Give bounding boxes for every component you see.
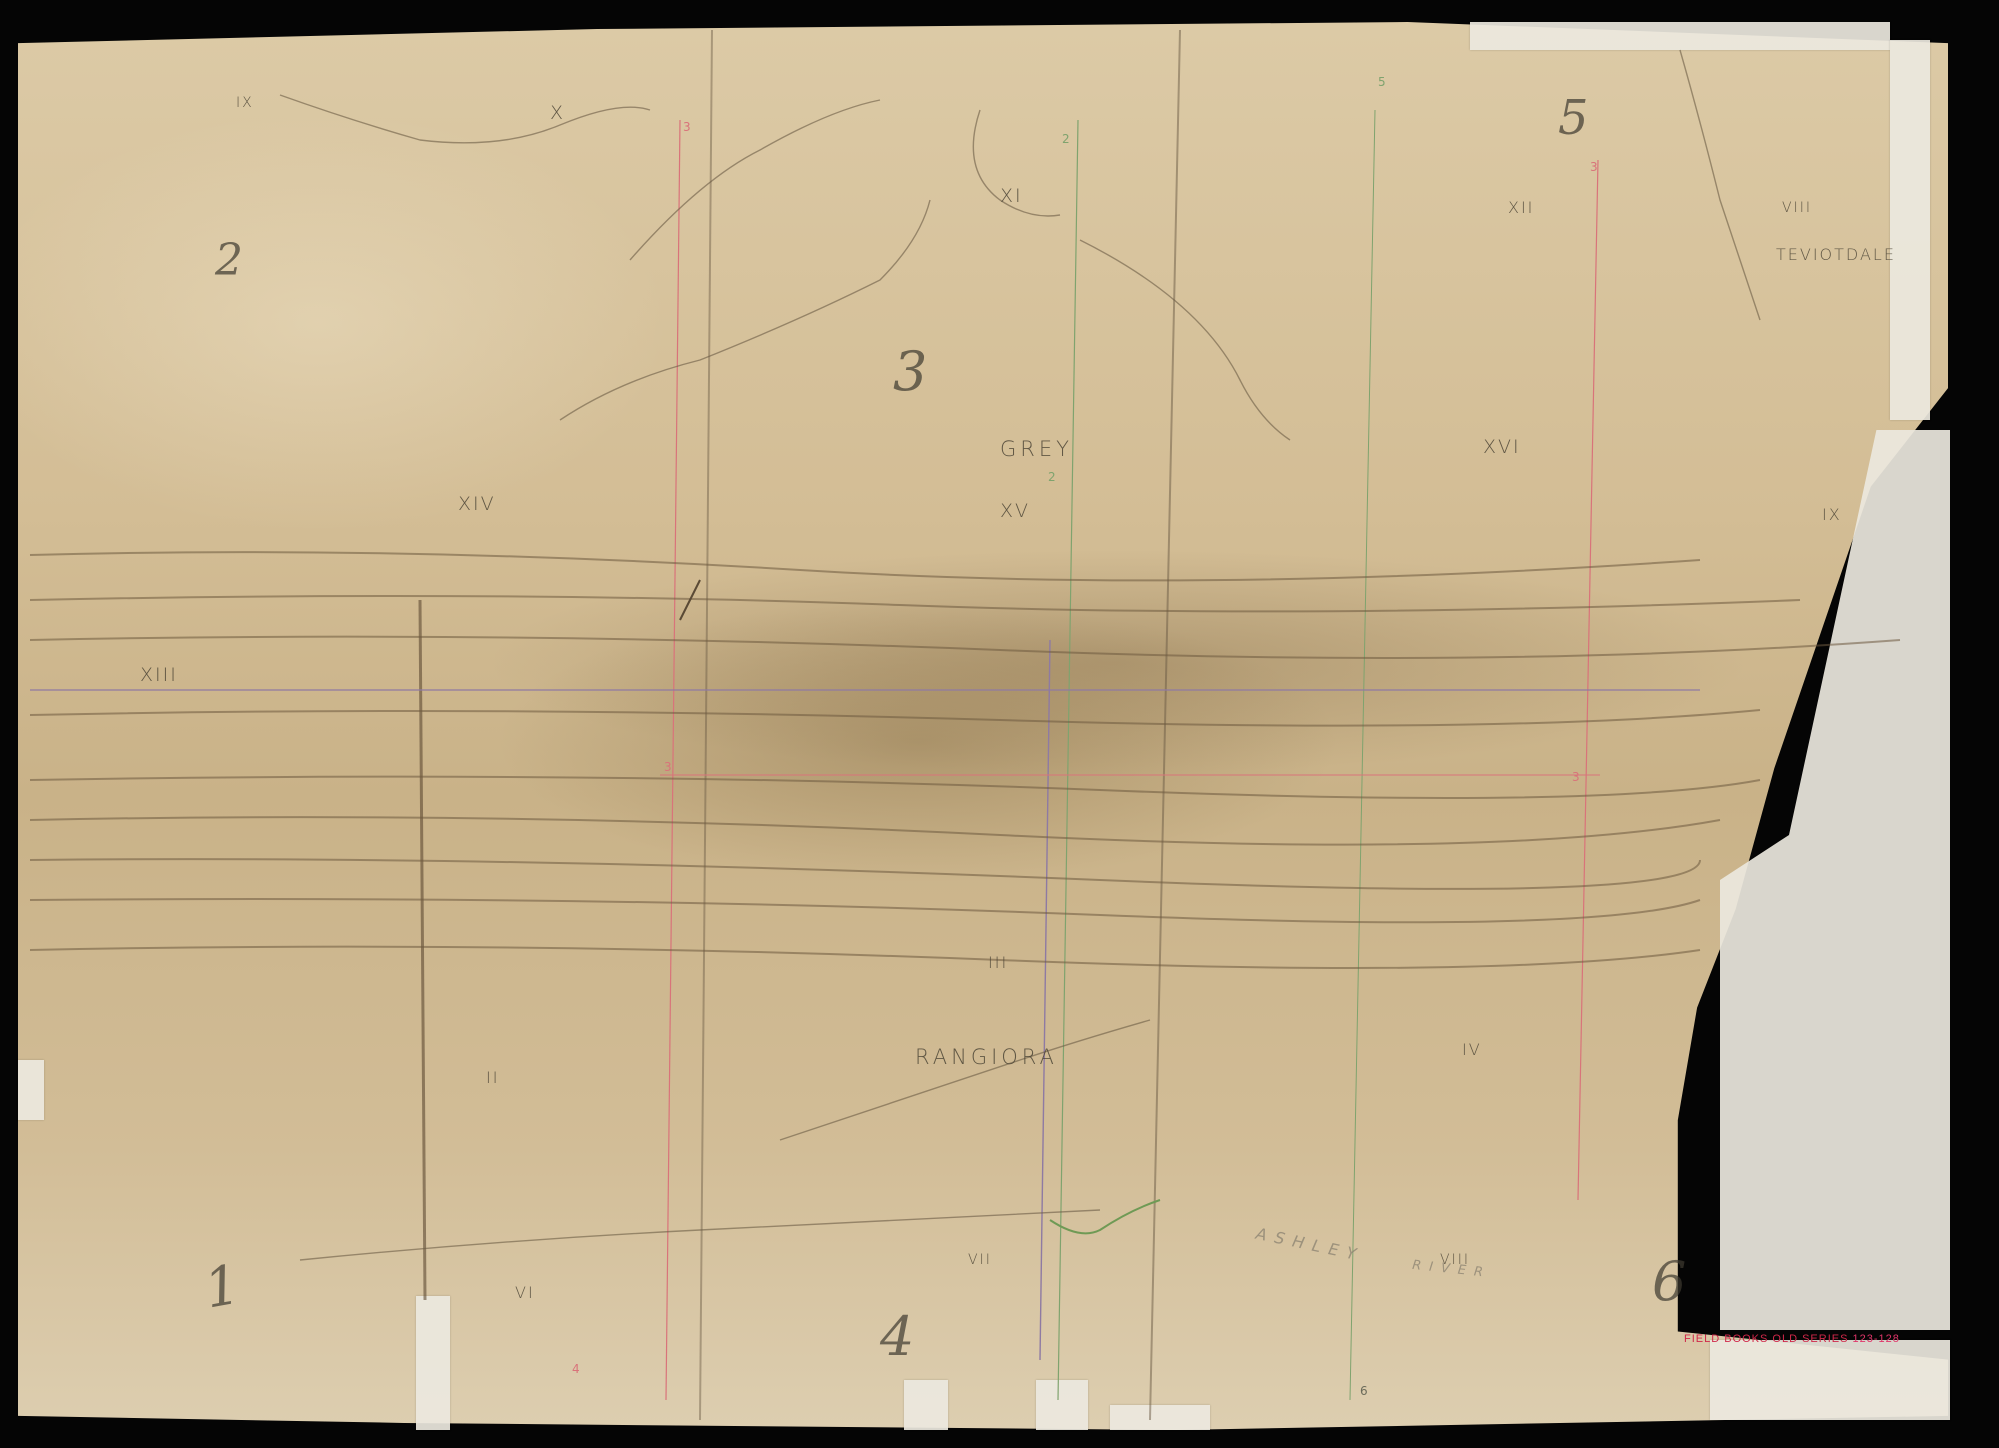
block-xv: XV xyxy=(1000,500,1030,522)
grid-number-green-2-mid: 2 xyxy=(1048,470,1056,484)
block-ii: II xyxy=(486,1068,499,1087)
tape-left-edge xyxy=(18,1060,44,1120)
grid-number-red-3-right: 3 xyxy=(1590,160,1598,174)
tape-bottom-1 xyxy=(416,1296,450,1430)
block-ix-right: IX xyxy=(1822,505,1842,524)
map-sheet xyxy=(18,22,1948,1430)
block-xi: XI xyxy=(1000,185,1023,207)
block-ix-top: IX xyxy=(236,95,254,111)
tape-bottom-2 xyxy=(904,1380,948,1430)
sheet-number-2: 2 xyxy=(215,235,243,286)
block-iii: III xyxy=(988,953,1008,972)
tape-bottom-right xyxy=(1710,1340,1950,1420)
tape-right-edge xyxy=(1890,40,1930,420)
sheet-number-5: 5 xyxy=(1558,90,1589,146)
block-xii: XII xyxy=(1508,198,1534,217)
block-viii-bottom: VIII xyxy=(1440,1252,1470,1268)
place-teviotdale: TEVIOTDALE xyxy=(1776,245,1896,264)
grid-number-red-4-bottom: 4 xyxy=(572,1362,580,1376)
block-x: X xyxy=(550,102,565,124)
grid-number-green-2-top: 2 xyxy=(1062,132,1070,146)
archive-stamp-text: FIELD BOOKS OLD SERIES xyxy=(1684,1333,1848,1345)
block-xiv: XIV xyxy=(458,493,496,515)
sheet-number-6: 6 xyxy=(1652,1250,1686,1313)
grid-number-red-3-mid-left: 3 xyxy=(664,760,672,774)
block-viii-top: VIII xyxy=(1782,200,1812,216)
block-iv: IV xyxy=(1462,1040,1482,1059)
archive-stamp-range: 123-128 xyxy=(1853,1333,1900,1345)
grid-number-red-3-top: 3 xyxy=(683,120,691,134)
grid-number-green-5-top: 5 xyxy=(1378,75,1386,89)
block-vii: VII xyxy=(968,1252,992,1268)
archive-stamp: FIELD BOOKS OLD SERIES 123-128 xyxy=(1684,1333,1900,1345)
tape-bottom-4 xyxy=(1110,1405,1210,1430)
sheet-number-4: 4 xyxy=(880,1305,914,1368)
grid-number-green-6-bottom: 6 xyxy=(1360,1384,1368,1398)
sheet-number-3: 3 xyxy=(893,340,927,403)
grid-number-red-3-mid-right: 3 xyxy=(1572,770,1580,784)
block-xvi: XVI xyxy=(1483,436,1521,458)
place-rangiora: RANGIORA xyxy=(915,1045,1058,1069)
tape-top-right xyxy=(1470,22,1890,50)
block-xiii: XIII xyxy=(140,664,178,686)
tape-bottom-3 xyxy=(1036,1380,1088,1430)
place-grey: GREY xyxy=(1000,437,1073,461)
block-vi: VI xyxy=(515,1283,535,1302)
